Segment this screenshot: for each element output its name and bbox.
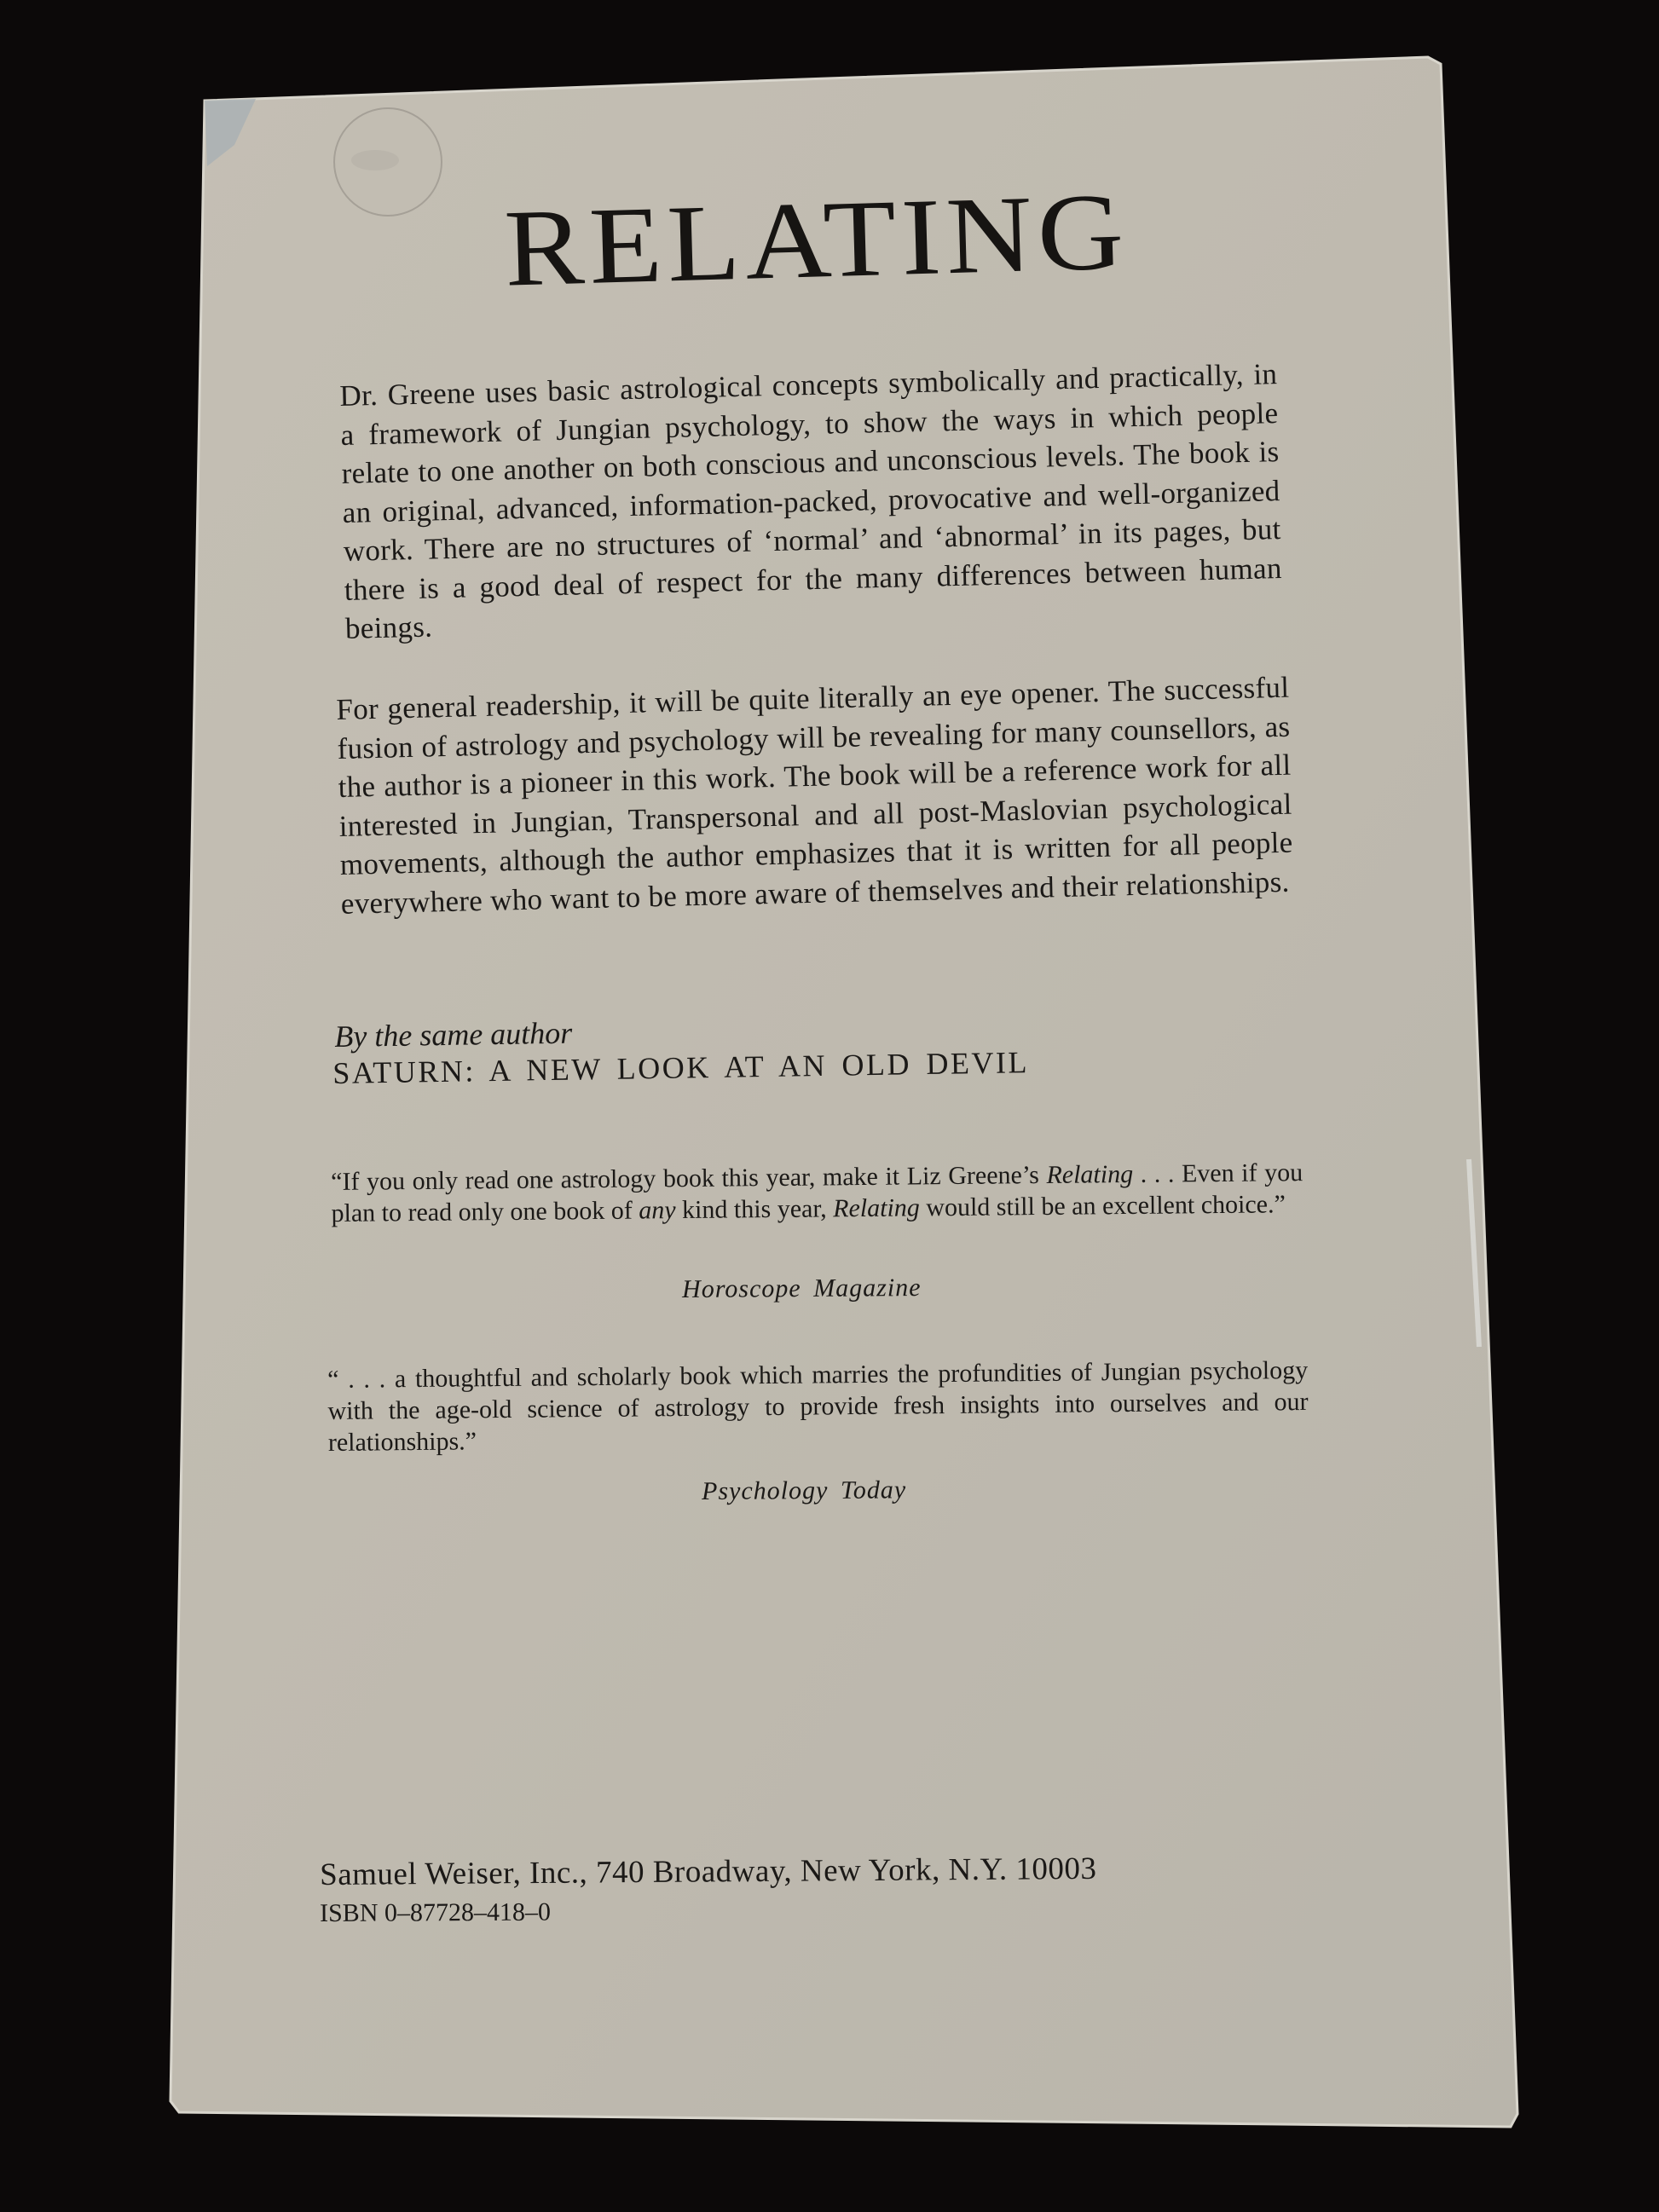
italic-title-text: Relating <box>833 1193 920 1222</box>
description-paragraph: Dr. Greene uses basic astrological conce… <box>339 355 1283 648</box>
italic-title-text: any <box>639 1196 676 1224</box>
review-source: Psychology Today <box>702 1476 906 1506</box>
book-title: RELATING <box>503 177 1130 304</box>
review-quote: “ . . . a thoughtful and scholarly book … <box>327 1354 1309 1458</box>
review-source: Horoscope Magazine <box>682 1273 922 1304</box>
publisher-address: Samuel Weiser, Inc., 740 Broadway, New Y… <box>320 1849 1343 1893</box>
review-quote: “If you only read one astrology book thi… <box>331 1157 1303 1229</box>
quote-text: “If you only read one astrology book thi… <box>331 1161 1047 1196</box>
isbn: ISBN 0–87728–418–0 <box>320 1898 551 1928</box>
quote-text: “ . . . a thoughtful and scholarly book … <box>327 1356 1309 1457</box>
cover-content: RELATING Dr. Greene uses basic astrologi… <box>0 0 1659 2212</box>
description-paragraph: For general readership, it will be quite… <box>336 668 1294 923</box>
quote-text: would still be an excellent choice.” <box>920 1190 1286 1222</box>
italic-title-text: Relating <box>1046 1160 1133 1189</box>
quote-text: kind this year, <box>675 1194 833 1224</box>
